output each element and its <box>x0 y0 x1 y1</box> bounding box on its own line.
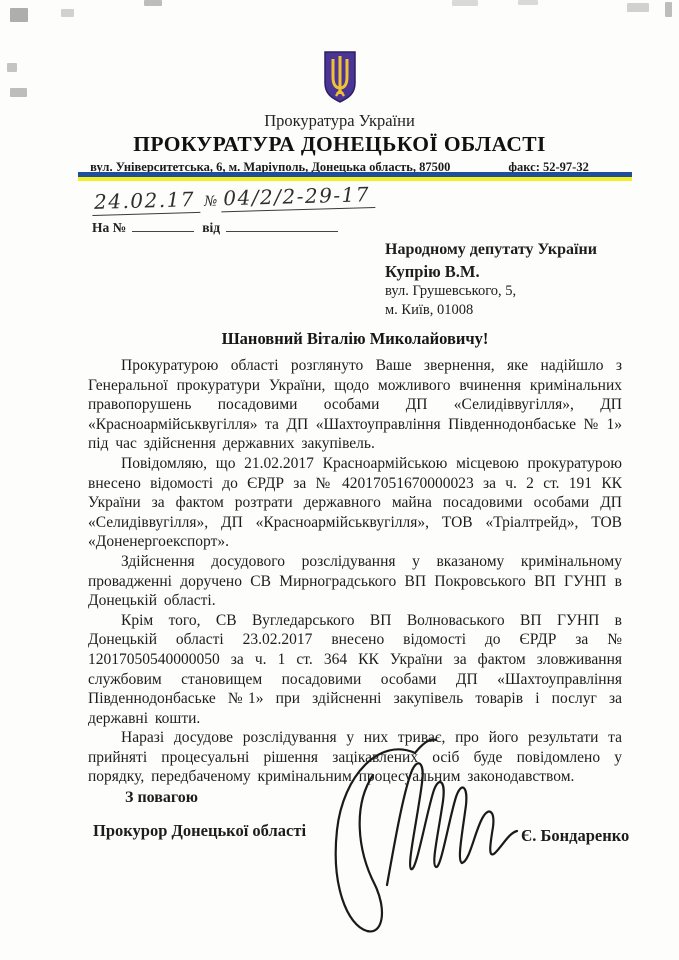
scan-artifact <box>627 3 649 12</box>
org-parent-name: Прокуратура України <box>0 111 679 131</box>
scan-artifact <box>665 2 672 17</box>
recipient-city: м. Київ, 01008 <box>385 302 597 319</box>
scan-artifact <box>61 9 74 17</box>
signer-name: Є. Бондаренко <box>521 826 629 846</box>
scan-artifact <box>452 0 478 6</box>
closing-regards: З повагою <box>125 789 198 807</box>
handwritten-date: 24.02.17 <box>92 187 201 216</box>
number-sign: № <box>204 193 218 209</box>
letter-body: Прокуратурою області розглянуто Ваше зве… <box>88 356 622 787</box>
recipient-street: вул. Грушевського, 5, <box>385 283 597 300</box>
letterhead: Прокуратура України ПРОКУРАТУРА ДОНЕЦЬКО… <box>0 50 679 175</box>
salutation: Шановний Віталію Миколайовичу! <box>88 329 622 349</box>
reply-middle: від <box>202 220 220 235</box>
scan-artifact <box>144 0 162 6</box>
body-paragraph: Здійснення досудового розслідування у вк… <box>88 552 622 611</box>
body-paragraph: Прокуратурою області розглянуто Ваше зве… <box>88 356 622 454</box>
scanned-letter-page: Прокуратура України ПРОКУРАТУРА ДОНЕЦЬКО… <box>0 0 679 960</box>
recipient-name: Купрію В.М. <box>385 262 597 281</box>
recipient-title: Народному депутату України <box>385 241 597 260</box>
org-name: ПРОКУРАТУРА ДОНЕЦЬКОЇ ОБЛАСТІ <box>0 132 679 157</box>
body-paragraph: Крім того, СВ Вугледарського ВП Волновас… <box>88 611 622 729</box>
flag-divider-yellow-stripe <box>78 177 632 181</box>
reply-date-blank <box>226 219 338 232</box>
scan-artifact <box>10 8 28 22</box>
signer-position: Прокурор Донецької області <box>93 821 306 841</box>
reply-number-blank <box>132 219 194 232</box>
flag-divider <box>78 172 632 181</box>
handwritten-reference: 24.02.17№04/2/2-29-17 <box>92 182 376 214</box>
handwritten-number: 04/2/2-29-17 <box>221 182 375 212</box>
recipient-block: Народному депутату України Купрію В.М. в… <box>385 241 597 320</box>
reply-prefix: На № <box>92 220 126 235</box>
signature-scribble <box>295 735 520 950</box>
reply-reference-line: На №від <box>92 219 338 236</box>
ukraine-trident-emblem-icon <box>322 50 358 109</box>
body-paragraph: Повідомляю, що 21.02.2017 Красноармійськ… <box>88 454 622 552</box>
scan-artifact <box>518 0 538 5</box>
